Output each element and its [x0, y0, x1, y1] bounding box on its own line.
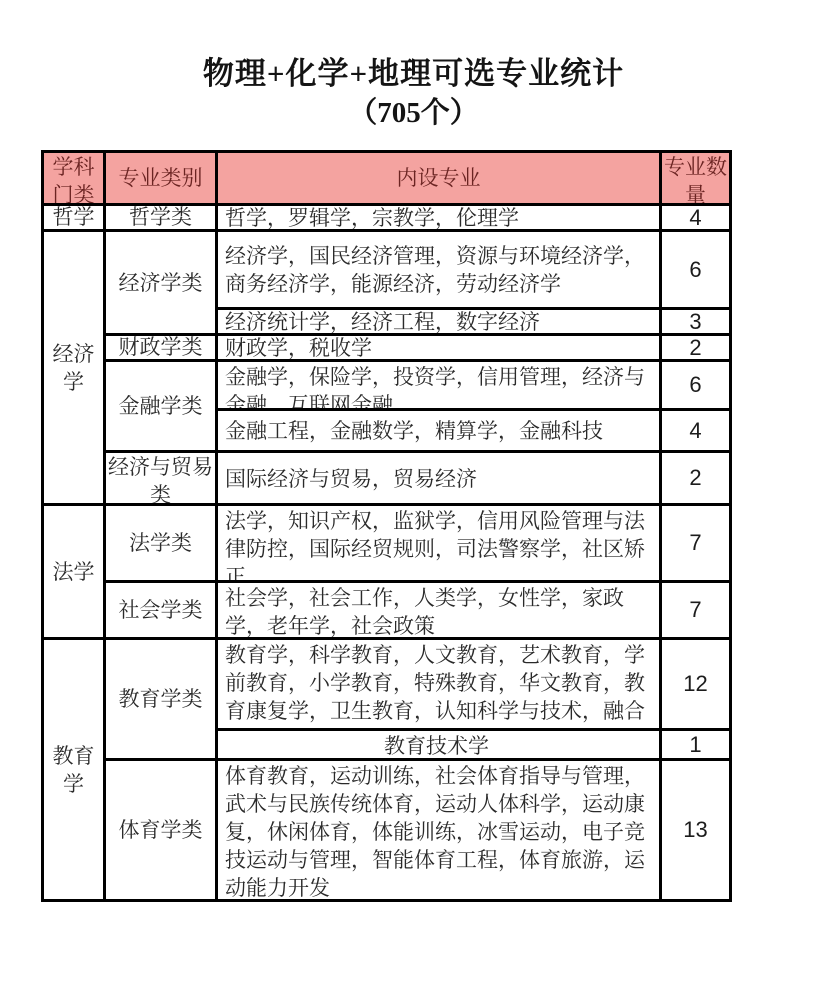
category-cell: 经济学类 — [105, 231, 217, 335]
discipline-cell: 法学 — [43, 505, 105, 639]
count-cell: 7 — [661, 582, 731, 639]
count-cell: 4 — [661, 205, 731, 231]
table-row: 体育学类 体育教育，运动训练，社会体育指导与管理，武术与民族传统体育，运动人体科… — [43, 760, 731, 901]
table-row: 法学 法学类 法学，知识产权，监狱学，信用风险管理与法律防控，国际经贸规则，司法… — [43, 505, 731, 582]
table-row: 哲学 哲学类 哲学，罗辑学，宗教学，伦理学 4 — [43, 205, 731, 231]
title-line1: 物理+化学+地理可选专业统计 — [0, 56, 827, 92]
category-cell: 金融学类 — [105, 361, 217, 452]
count-cell: 2 — [661, 452, 731, 505]
count-cell: 2 — [661, 335, 731, 361]
table-row: 金融学类 金融学，保险学，投资学，信用管理，经济与金融，互联网金融 6 — [43, 361, 731, 410]
header-count: 专业数量 — [661, 152, 731, 205]
majors-cell: 金融工程，金融数学，精算学，金融科技 — [217, 410, 661, 452]
header-discipline: 学科门类 — [43, 152, 105, 205]
table-row: 社会学类 社会学，社会工作，人类学，女性学，家政学，老年学，社会政策 7 — [43, 582, 731, 639]
header-category: 专业类别 — [105, 152, 217, 205]
discipline-cell: 教育学 — [43, 639, 105, 901]
count-cell: 13 — [661, 760, 731, 901]
majors-cell: 教育技术学 — [217, 730, 661, 760]
discipline-cell: 哲学 — [43, 205, 105, 231]
majors-cell: 社会学，社会工作，人类学，女性学，家政学，老年学，社会政策 — [217, 582, 661, 639]
majors-cell: 法学，知识产权，监狱学，信用风险管理与法律防控，国际经贸规则，司法警察学，社区矫… — [217, 505, 661, 582]
title-count: （705个） — [0, 96, 827, 130]
page: { "title": { "line1": "物理+化学+地理可选专业统计", … — [0, 0, 827, 989]
discipline-cell: 经济学 — [43, 231, 105, 505]
category-cell: 哲学类 — [105, 205, 217, 231]
count-cell: 3 — [661, 309, 731, 335]
page-title: 物理+化学+地理可选专业统计 （705个） — [0, 56, 827, 130]
majors-cell: 体育教育，运动训练，社会体育指导与管理，武术与民族传统体育，运动人体科学，运动康… — [217, 760, 661, 901]
majors-cell: 经济学，国民经济管理，资源与环境经济学，商务经济学，能源经济，劳动经济学 — [217, 231, 661, 309]
category-cell: 教育学类 — [105, 639, 217, 760]
table-row: 经济学 经济学类 经济学，国民经济管理，资源与环境经济学，商务经济学，能源经济，… — [43, 231, 731, 309]
majors-cell: 哲学，罗辑学，宗教学，伦理学 — [217, 205, 661, 231]
category-cell: 社会学类 — [105, 582, 217, 639]
majors-cell: 教育学，科学教育，人文教育，艺术教育，学前教育，小学教育，特殊教育，华文教育，教… — [217, 639, 661, 730]
majors-cell: 经济统计学，经济工程，数字经济 — [217, 309, 661, 335]
majors-table: 学科门类 专业类别 内设专业 专业数量 哲学 哲学类 哲学，罗辑学，宗教学，伦理… — [41, 150, 732, 902]
count-cell: 12 — [661, 639, 731, 730]
table-row: 经济与贸易类 国际经济与贸易，贸易经济 2 — [43, 452, 731, 505]
category-cell: 财政学类 — [105, 335, 217, 361]
majors-cell: 金融学，保险学，投资学，信用管理，经济与金融，互联网金融 — [217, 361, 661, 410]
category-cell: 法学类 — [105, 505, 217, 582]
majors-cell: 国际经济与贸易，贸易经济 — [217, 452, 661, 505]
count-cell: 6 — [661, 231, 731, 309]
header-majors: 内设专业 — [217, 152, 661, 205]
count-cell: 7 — [661, 505, 731, 582]
count-cell: 4 — [661, 410, 731, 452]
header-row: 学科门类 专业类别 内设专业 专业数量 — [43, 152, 731, 205]
count-cell: 1 — [661, 730, 731, 760]
count-cell: 6 — [661, 361, 731, 410]
category-cell: 体育学类 — [105, 760, 217, 901]
table-row: 财政学类 财政学，税收学 2 — [43, 335, 731, 361]
table-row: 教育学 教育学类 教育学，科学教育，人文教育，艺术教育，学前教育，小学教育，特殊… — [43, 639, 731, 730]
category-cell: 经济与贸易类 — [105, 452, 217, 505]
majors-cell: 财政学，税收学 — [217, 335, 661, 361]
